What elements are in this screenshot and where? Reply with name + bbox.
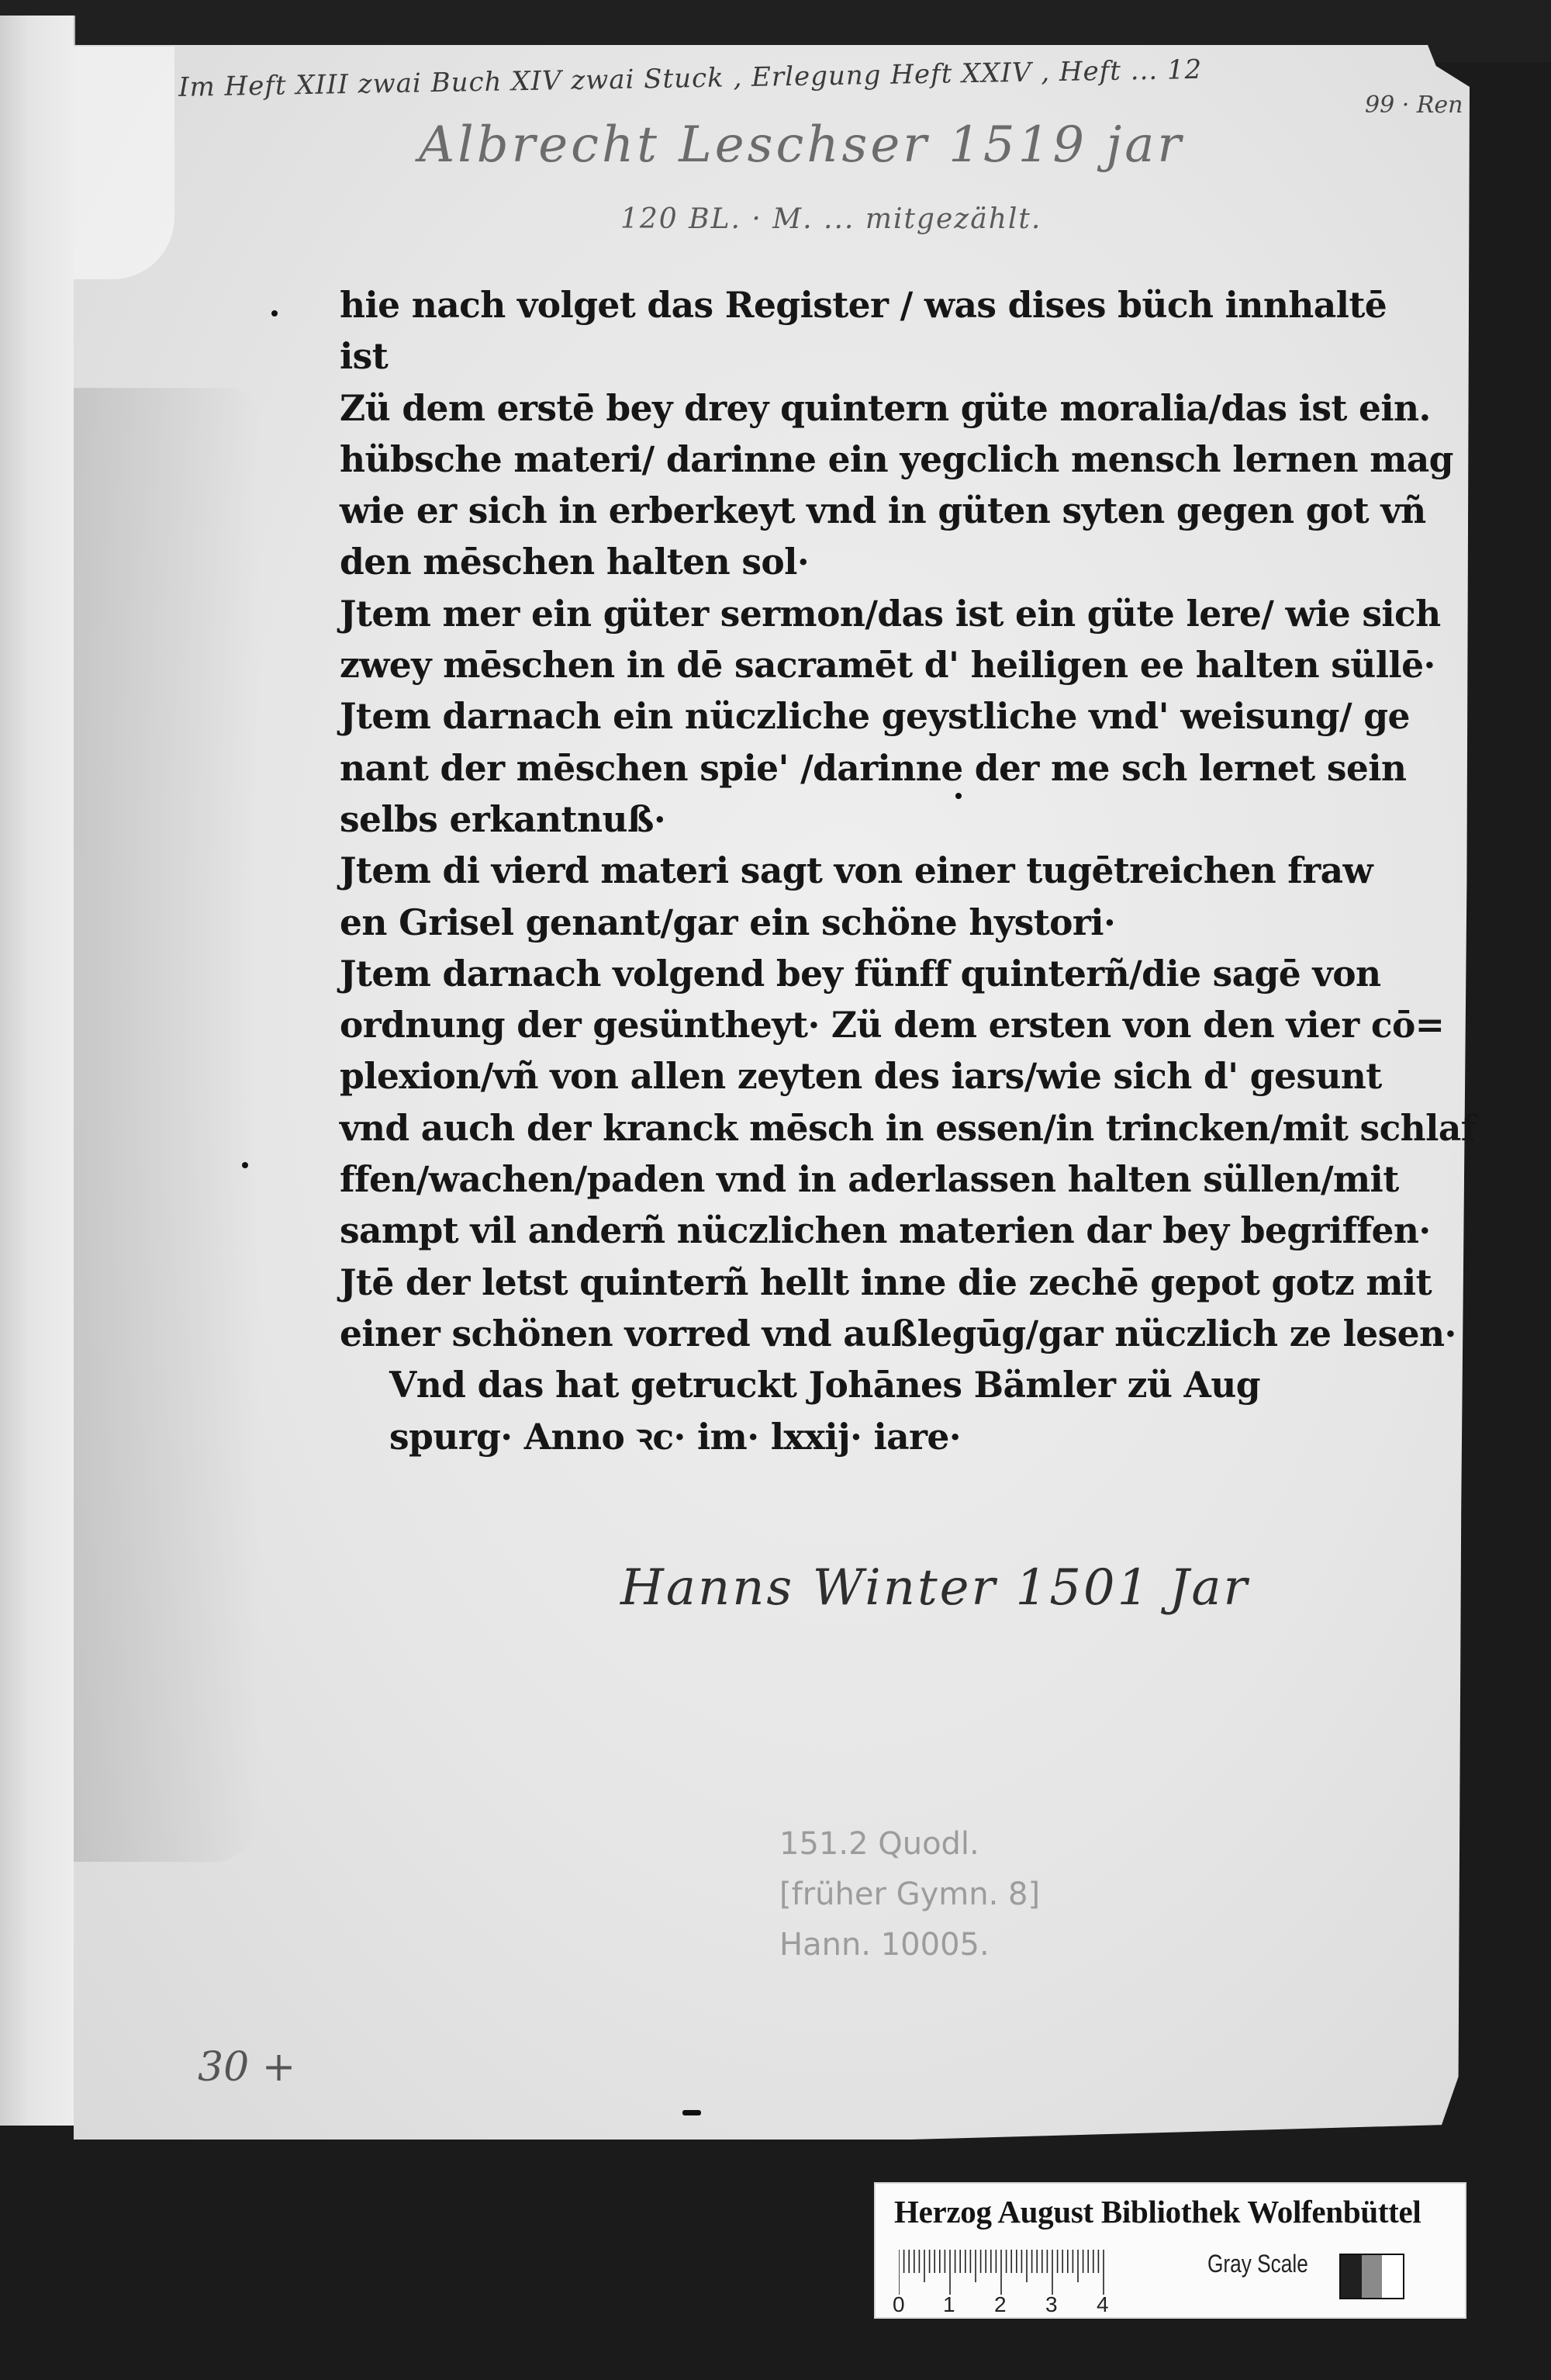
calibration-card: Herzog August Bibliothek Wolfenbüttel <box>874 2182 1466 2319</box>
colophon-line: Vnd das hat getruckt Johānes Bämler zü A… <box>340 1359 1332 1410</box>
book-binding-edge <box>0 16 75 2126</box>
text-line: Jtem darnach volgend bey fünff quinterñ/… <box>340 948 1332 999</box>
text-line: Jtem di vierd materi sagt von einer tugē… <box>340 845 1332 896</box>
printed-register-text: hie nach volget das Register / was dises… <box>340 279 1332 1462</box>
colophon-line: spurg· Anno ꝛc· im· lxxij· iare· <box>340 1411 1332 1462</box>
text-line: Jtem mer ein güter sermon/das ist ein gü… <box>340 588 1332 639</box>
paper-damage-top-left <box>74 47 174 279</box>
leaf-count-note: 120 BL. · M. ... mitgezählt. <box>620 203 1041 235</box>
shelfmark-line: [früher Gymn. 8] <box>779 1870 1040 1920</box>
text-line: einer schönen vorred vnd außlegūg/gar nü… <box>340 1308 1332 1359</box>
ink-dot <box>242 1162 248 1168</box>
text-line: nant der mēschen spie' /darinne der me s… <box>340 742 1332 794</box>
text-line: sampt vil anderñ nüczlichen materien dar… <box>340 1205 1332 1256</box>
text-line: Jtē der letst quinterñ hellt inne die ze… <box>340 1257 1332 1308</box>
swatch-black <box>1341 2255 1362 2298</box>
text-line: vnd auch der kranck mēsch in essen/in tr… <box>340 1102 1332 1154</box>
ink-dot <box>271 310 278 317</box>
gray-scale-label: Gray Scale <box>1207 2250 1308 2278</box>
ink-mark <box>682 2110 701 2115</box>
text-line: ist <box>340 330 1332 382</box>
folio-mark: 30 + <box>198 2044 295 2091</box>
ruler-label: 3 <box>1045 2292 1058 2317</box>
ruler-labels: 0 1 2 3 4 <box>893 2292 1117 2316</box>
pencil-shelfmark: 151.2 Quodl. [früher Gymn. 8] Hann. 1000… <box>779 1819 1040 1970</box>
text-line: Zü dem erstē bey drey quintern güte mora… <box>340 382 1332 434</box>
text-line: selbs erkantnuß· <box>340 794 1332 845</box>
corner-marginalia: 99 · Ren <box>1365 92 1463 119</box>
owner-signature: Hanns Winter 1501 Jar <box>620 1559 1249 1617</box>
text-line: hie nach volget das Register / was dises… <box>340 279 1332 330</box>
ink-dot <box>955 793 962 799</box>
ruler-label: 4 <box>1097 2292 1109 2317</box>
ownership-inscription: Albrecht Leschser 1519 jar <box>419 116 1184 174</box>
shelfmark-line: Hann. 10005. <box>779 1920 1040 1970</box>
shelfmark-line: 151.2 Quodl. <box>779 1819 1040 1870</box>
text-line: ffen/wachen/paden vnd in aderlassen halt… <box>340 1154 1332 1205</box>
text-line: plexion/vñ von allen zeyten des iars/wie… <box>340 1050 1332 1102</box>
swatch-white <box>1382 2255 1403 2298</box>
ruler-label: 1 <box>943 2292 955 2317</box>
text-line: hübsche materi/ darinne ein yegclich men… <box>340 434 1332 485</box>
swatch-gray <box>1362 2255 1383 2298</box>
water-stain-left <box>74 388 260 1862</box>
text-line: ordnung der gesüntheyt· Zü dem ersten vo… <box>340 999 1332 1050</box>
text-line: Jtem darnach ein nüczliche geystliche vn… <box>340 690 1332 742</box>
library-name: Herzog August Bibliothek Wolfenbüttel <box>894 2193 1421 2230</box>
ruler-label: 2 <box>994 2292 1007 2317</box>
text-line: en Grisel genant/gar ein schöne hystori· <box>340 897 1332 948</box>
ruler-label: 0 <box>893 2292 905 2317</box>
gray-scale-swatches <box>1339 2254 1404 2299</box>
ruler-icon <box>899 2250 1104 2298</box>
text-line: den mēschen halten sol· <box>340 536 1332 587</box>
text-line: zwey mēschen in dē sacramēt d' heiligen … <box>340 639 1332 690</box>
text-line: wie er sich in erberkeyt vnd in güten sy… <box>340 485 1332 536</box>
